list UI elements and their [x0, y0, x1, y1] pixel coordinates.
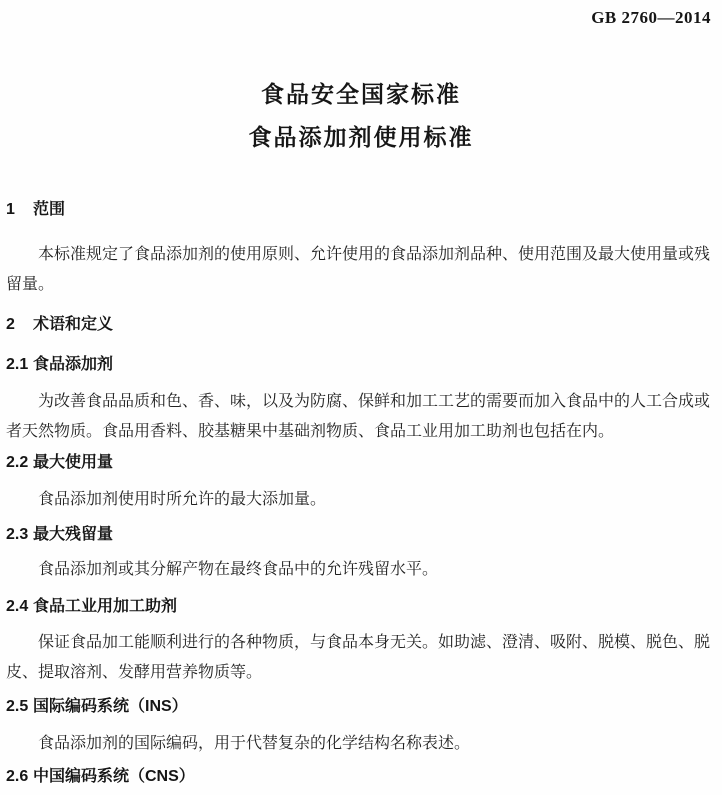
section-2-4-paragraph: 保证食品加工能顺利进行的各种物质，与食品本身无关。如助滤、澄清、吸附、脱模、脱色… — [6, 628, 710, 688]
section-1-heading: 1范围 — [6, 201, 710, 218]
section-1-title: 范围 — [33, 201, 65, 218]
section-2-5-number: 2.5 — [6, 698, 33, 715]
section-2-1-paragraph: 为改善食品品质和色、香、味，以及为防腐、保鲜和加工工艺的需要而加入食品中的人工合… — [6, 387, 710, 447]
section-2-2-paragraph: 食品添加剂使用时所允许的最大添加量。 — [6, 485, 710, 515]
section-2-1-heading: 2.1食品添加剂 — [6, 356, 710, 373]
section-2-1-title: 食品添加剂 — [33, 356, 113, 373]
section-2-6-title: 中国编码系统（CNS） — [33, 768, 195, 785]
section-2-4-title: 食品工业用加工助剂 — [33, 598, 177, 615]
section-2-1-number: 2.1 — [6, 356, 33, 373]
section-1-number: 1 — [6, 201, 33, 218]
section-2-heading: 2术语和定义 — [6, 316, 710, 333]
section-2-5-title: 国际编码系统（INS） — [33, 698, 188, 715]
section-2-6-heading: 2.6中国编码系统（CNS） — [6, 768, 710, 785]
section-2-2-number: 2.2 — [6, 454, 33, 471]
section-2-5-paragraph: 食品添加剂的国际编码，用于代替复杂的化学结构名称表述。 — [6, 729, 710, 759]
standard-code: GB 2760—2014 — [591, 8, 711, 28]
section-2-4-heading: 2.4食品工业用加工助剂 — [6, 598, 710, 615]
document-title-line2: 食品添加剂使用标准 — [0, 119, 722, 152]
section-2-6-number: 2.6 — [6, 768, 33, 785]
section-2-title: 术语和定义 — [33, 316, 113, 333]
section-2-number: 2 — [6, 316, 33, 333]
section-2-2-title: 最大使用量 — [33, 454, 113, 471]
section-1-paragraph: 本标准规定了食品添加剂的使用原则、允许使用的食品添加剂品种、使用范围及最大使用量… — [6, 240, 710, 300]
section-2-3-number: 2.3 — [6, 526, 33, 543]
section-2-2-heading: 2.2最大使用量 — [6, 454, 710, 471]
document-title-line1: 食品安全国家标准 — [0, 76, 722, 109]
section-2-5-heading: 2.5国际编码系统（INS） — [6, 698, 710, 715]
section-2-3-paragraph: 食品添加剂或其分解产物在最终食品中的允许残留水平。 — [6, 555, 710, 585]
section-2-3-heading: 2.3最大残留量 — [6, 526, 710, 543]
section-2-4-number: 2.4 — [6, 598, 33, 615]
section-2-3-title: 最大残留量 — [33, 526, 113, 543]
document-page: GB 2760—2014 食品安全国家标准 食品添加剂使用标准 1范围 本标准规… — [0, 0, 722, 795]
